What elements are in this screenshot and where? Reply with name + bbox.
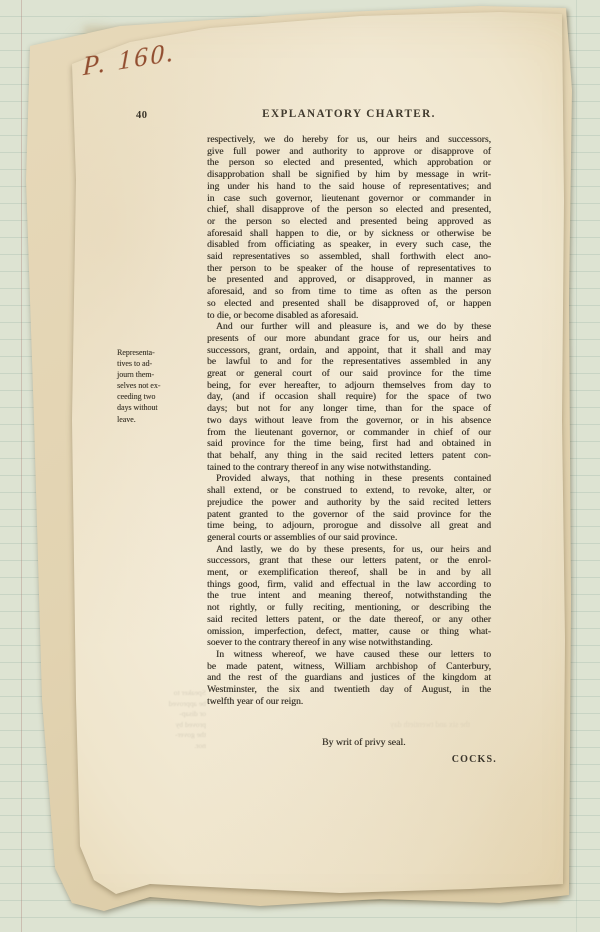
text-line: give full power and authority to approve… — [207, 146, 491, 158]
text-line: successors, grant, ordain, and appoint, … — [207, 345, 491, 357]
bleedthrough-text: the six and twentieth day — [300, 720, 470, 729]
paragraph: In witness whereof, we have caused these… — [207, 649, 491, 708]
text-line: shall extend, or be construed to extend,… — [207, 485, 491, 497]
text-line: prejudice the power and authority by the… — [207, 497, 491, 509]
text-line: great or general court of our said provi… — [207, 368, 491, 380]
text-line: the person so elected and presented, whi… — [207, 157, 491, 169]
scanned-document-screenshot: Speaker to be approved or disap- proved … — [0, 0, 600, 932]
paragraph: respectively, we do hereby for us, our h… — [207, 134, 491, 321]
text-line: be presented and approved, or disapprove… — [207, 274, 491, 286]
writ-attestation-line: By writ of privy seal. — [322, 737, 406, 748]
margin-note: Representa- tives to ad- journ them- sel… — [117, 347, 205, 425]
text-line: ing under his hand to the said house of … — [207, 181, 491, 193]
page-number: 40 — [136, 110, 148, 121]
text-line: twelfth year of our reign. — [207, 696, 491, 708]
text-line: successors, grant that these our letters… — [207, 555, 491, 567]
text-line: omission, imperfection, defect, matter, … — [207, 626, 491, 638]
text-line: from the lieutenant governor, or command… — [207, 427, 491, 439]
text-line: And lastly, we do by these presents, for… — [207, 544, 491, 556]
text-line: said recited letters patent, or the date… — [207, 614, 491, 626]
text-line: so elected and presented shall be disapp… — [207, 298, 491, 310]
text-line: said province for the time being, first … — [207, 438, 491, 450]
text-line: chief, shall disapprove of the person so… — [207, 204, 491, 216]
text-line: that behalf, any thing in the said recit… — [207, 450, 491, 462]
body-text: respectively, we do hereby for us, our h… — [207, 134, 491, 707]
text-line: disabled from officiating as speaker, in… — [207, 239, 491, 251]
text-line: said representatives so assembled, shall… — [207, 251, 491, 263]
text-line: to die, or become disabled as aforesaid. — [207, 310, 491, 322]
text-line: And our further will and pleasure is, an… — [207, 321, 491, 333]
text-line: or the person so elected and presented b… — [207, 216, 491, 228]
text-line: in case such governor, lieutenant govern… — [207, 193, 491, 205]
text-line: Provided always, that nothing in these p… — [207, 473, 491, 485]
text-line: the true intent and meaning thereof, not… — [207, 590, 491, 602]
text-line: be made patent, witness, William archbis… — [207, 661, 491, 673]
text-line: disapprobation shall be signified by him… — [207, 169, 491, 181]
text-line: respectively, we do hereby for us, our h… — [207, 134, 491, 146]
text-line: day, (and if occasion shall require) for… — [207, 391, 491, 403]
text-line: time being, to adjourn, prorogue and dis… — [207, 520, 491, 532]
text-line: things good, firm, valid and effectual i… — [207, 579, 491, 591]
text-line: days; but not for any longer time, than … — [207, 403, 491, 415]
text-line: tained to the contrary thereof in any wi… — [207, 462, 491, 474]
text-line: soever to the contrary thereof in any wi… — [207, 637, 491, 649]
paragraph: And lastly, we do by these presents, for… — [207, 544, 491, 649]
text-line: aforesaid, and so from time to time as o… — [207, 286, 491, 298]
paragraph: Provided always, that nothing in these p… — [207, 473, 491, 543]
text-line: two days without leave from the governor… — [207, 415, 491, 427]
text-line: In witness whereof, we have caused these… — [207, 649, 491, 661]
text-line: general courts or assemblies of our said… — [207, 532, 491, 544]
running-header: EXPLANATORY CHARTER. — [207, 108, 491, 120]
clerk-signature: COCKS. — [207, 754, 497, 765]
text-line: patent granted to the governor of the sa… — [207, 509, 491, 521]
text-line: presents of our more abundant grace for … — [207, 333, 491, 345]
bleedthrough-text: Speaker to be approved or disap- proved … — [114, 688, 206, 751]
text-line: ther person to be speaker of the house o… — [207, 263, 491, 275]
text-line: Westminster, the six and twentieth day o… — [207, 684, 491, 696]
text-line: being, for ever hereafter, to adjourn th… — [207, 380, 491, 392]
text-line: ment, or exemplification thereof, shall … — [207, 567, 491, 579]
text-line: not rightly, or fully reciting, mentioni… — [207, 602, 491, 614]
paragraph: And our further will and pleasure is, an… — [207, 321, 491, 473]
text-line: aforesaid shall happen to die, or by sic… — [207, 228, 491, 240]
text-line: and the rest of the guardians and justic… — [207, 672, 491, 684]
text-line: be lawful to and for the representatives… — [207, 356, 491, 368]
